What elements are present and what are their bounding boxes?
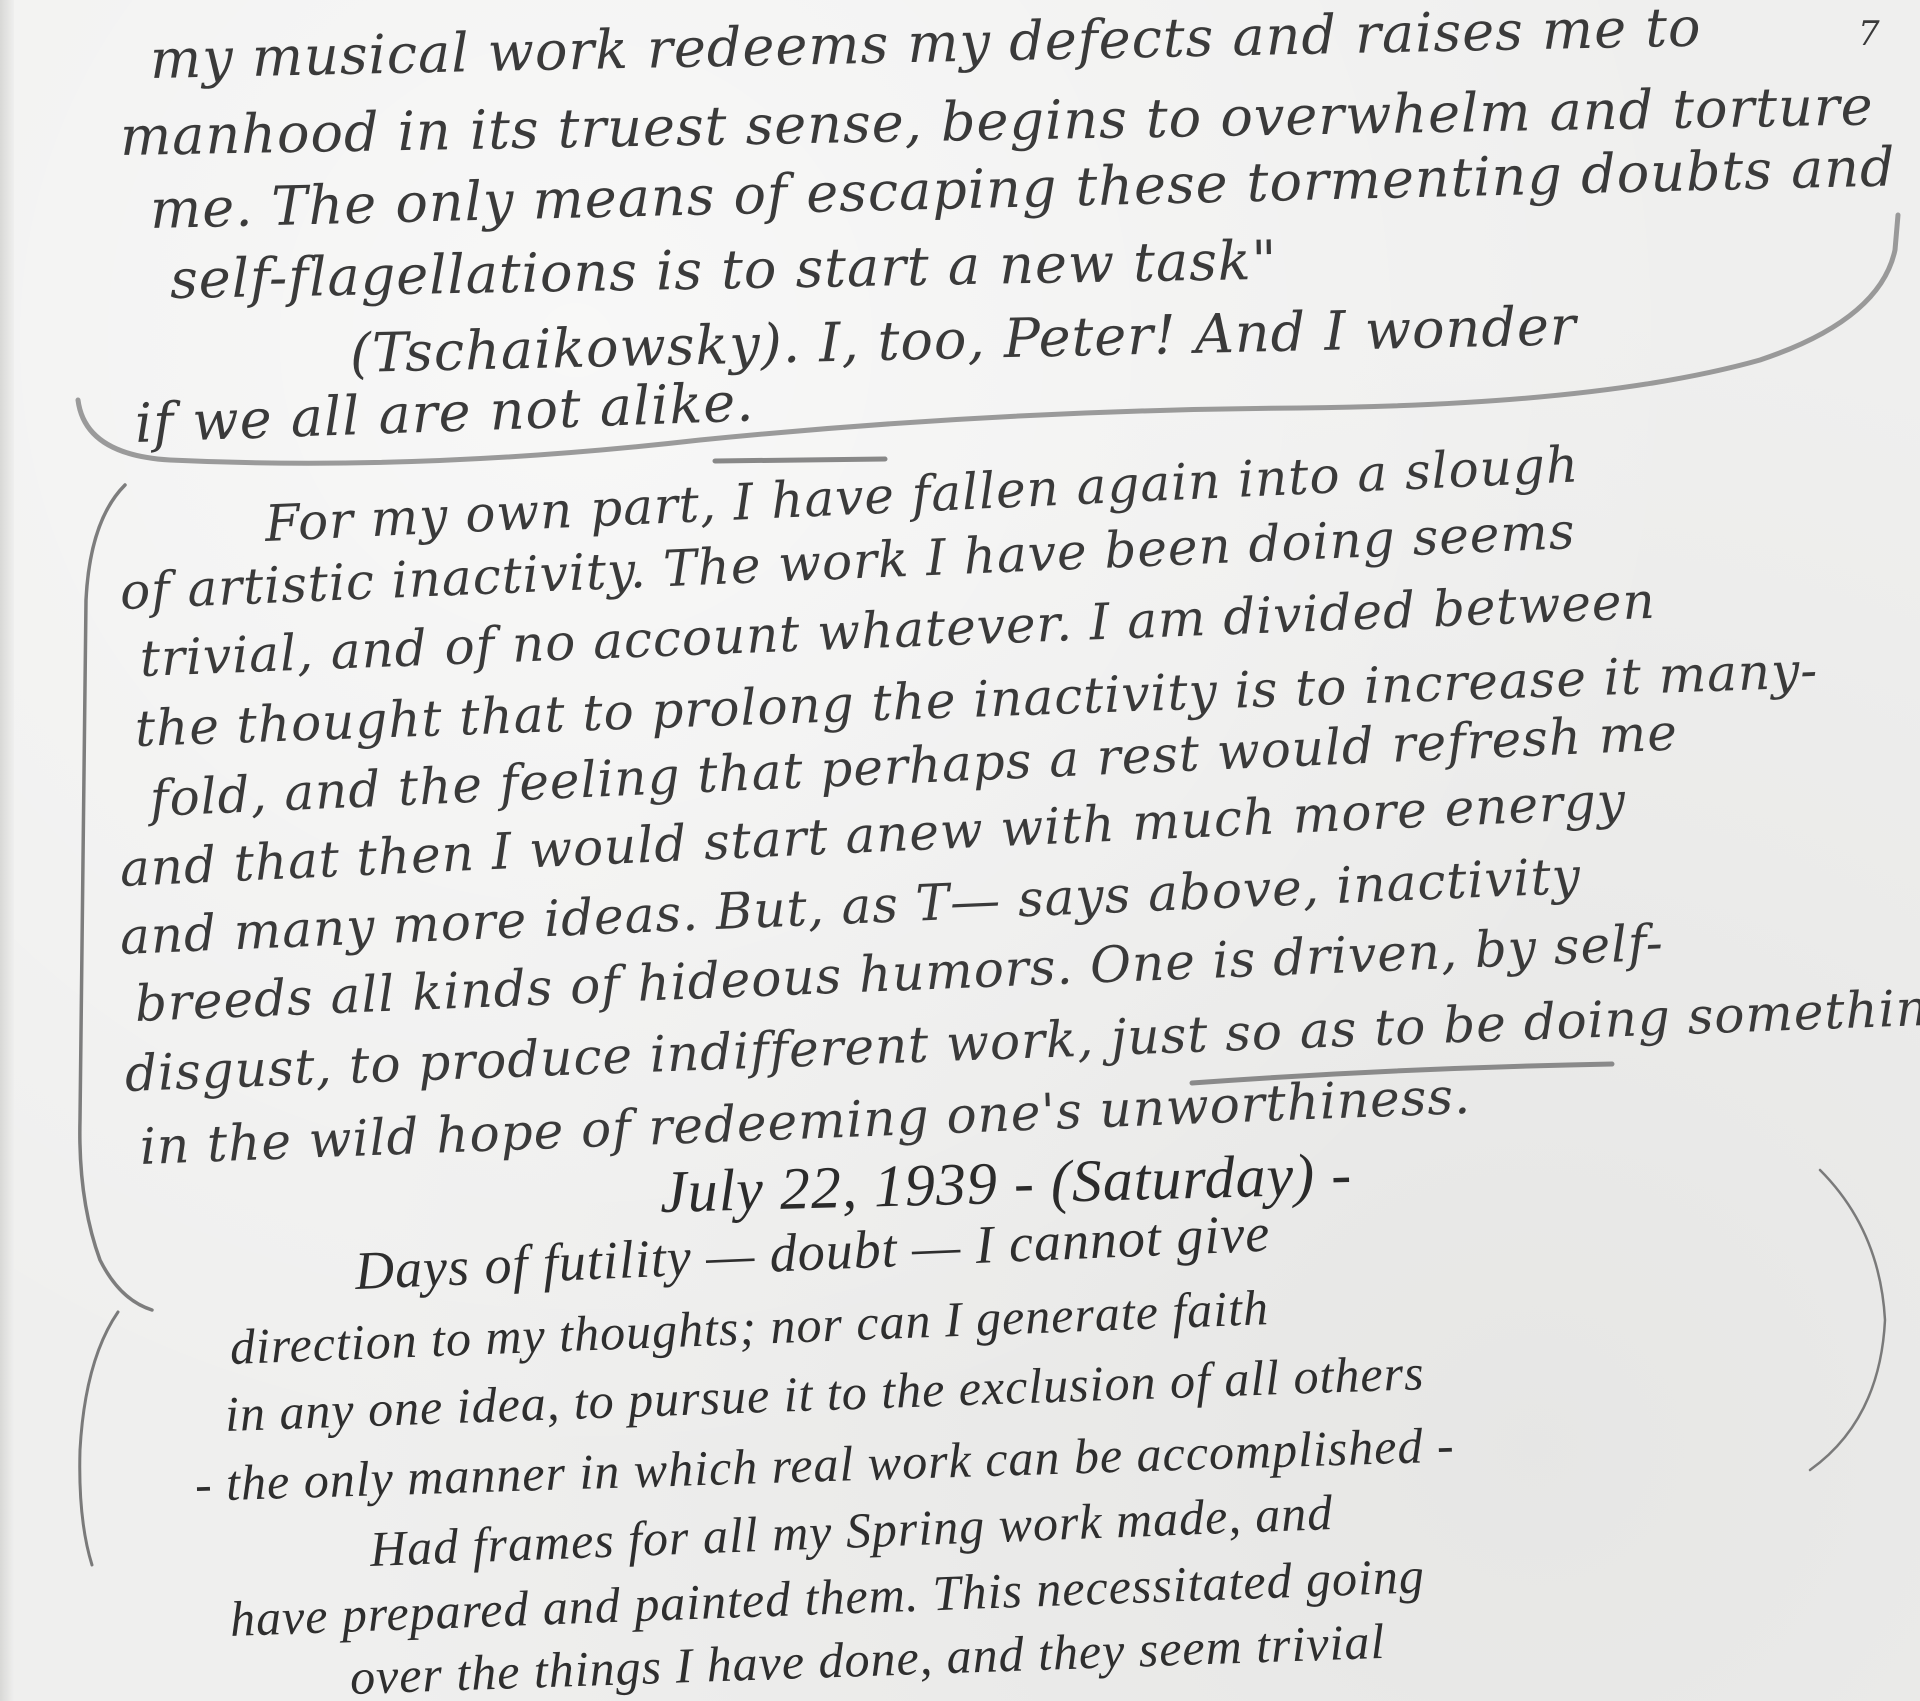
diary-right-bracket [1810, 1170, 1885, 1470]
diary-left-bracket [80, 1312, 118, 1565]
page-number: 7 [1858, 14, 1881, 54]
section-divider [715, 459, 885, 461]
